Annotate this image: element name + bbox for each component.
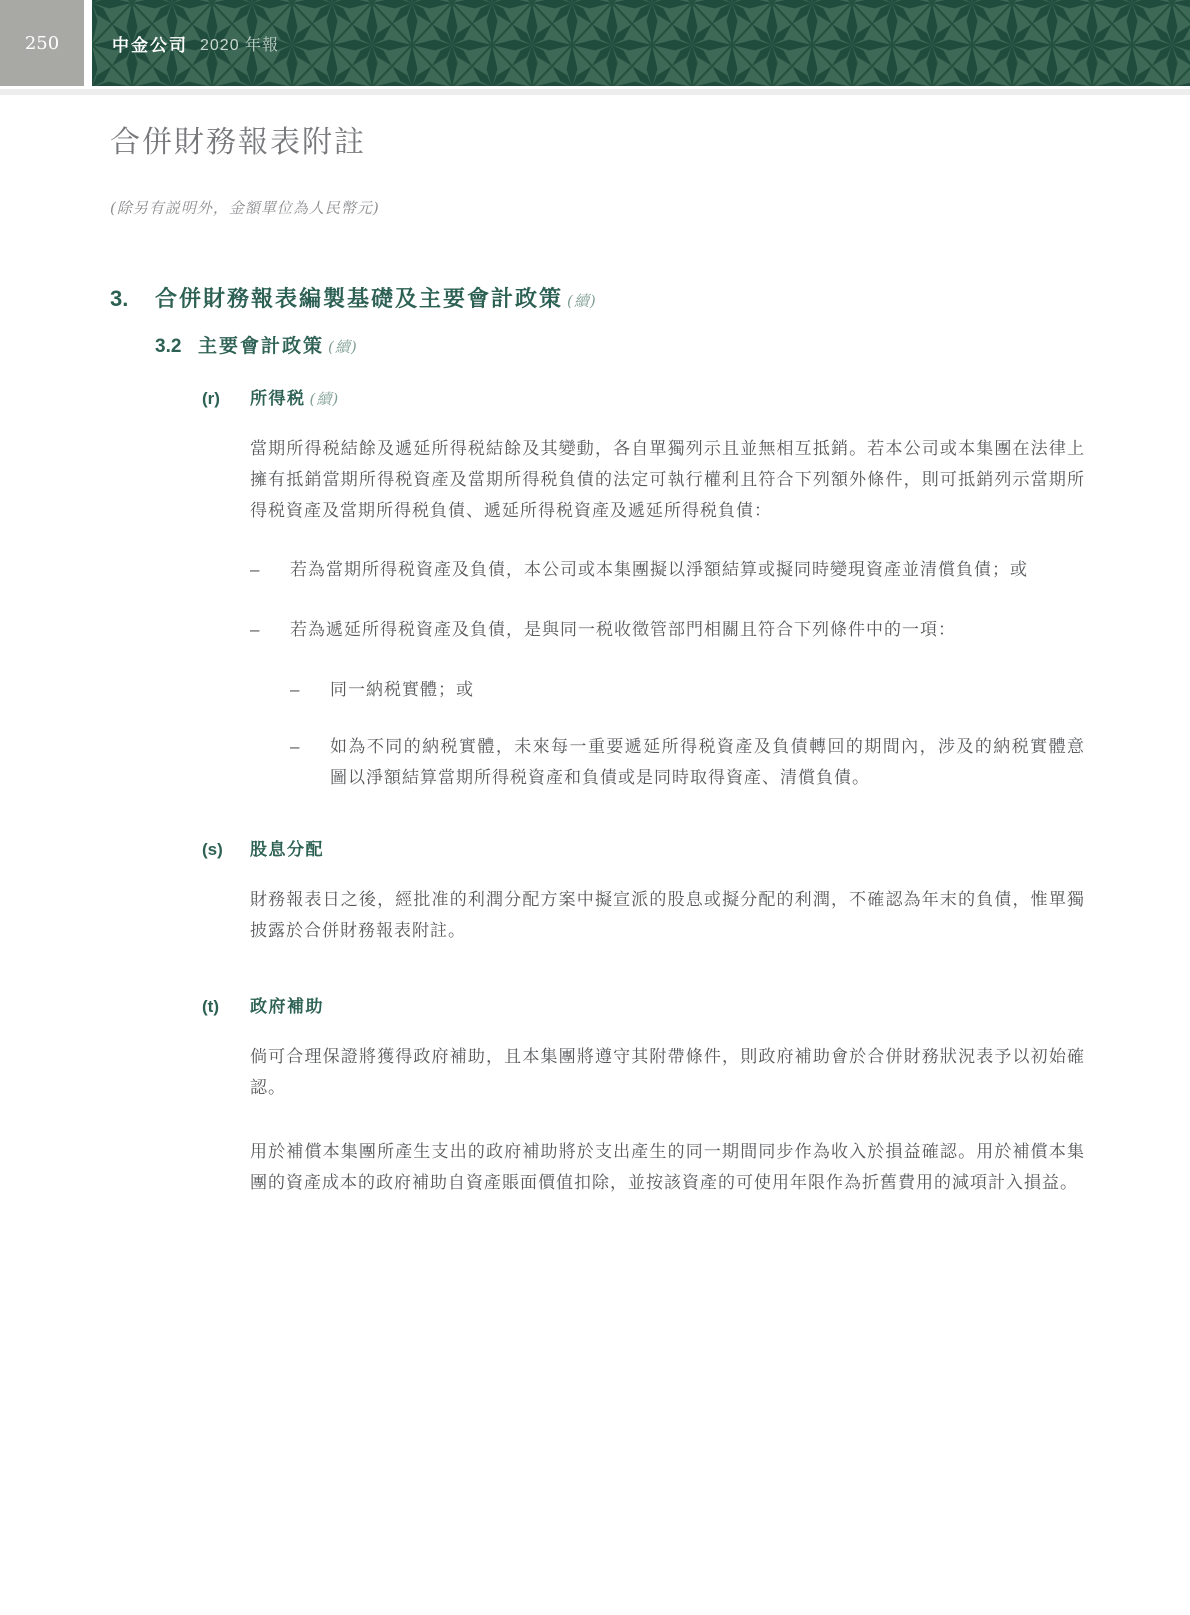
header-divider — [0, 89, 1190, 95]
item-title-text: 所得税 — [250, 389, 306, 408]
report-page: 250 — [0, 0, 1190, 1615]
bullet-dash: – — [250, 554, 290, 585]
subsection-number: 3.2 — [155, 336, 198, 358]
brand-block: 中金公司 2020 年報 — [112, 0, 279, 86]
bullet-text: 同一納税實體；或 — [330, 674, 1085, 705]
bullet-item: – 若為當期所得税資產及負債，本公司或本集團擬以淨額結算或擬同時變現資產並清償負… — [250, 554, 1085, 585]
paragraph: 當期所得税結餘及遞延所得税結餘及其變動，各自單獨列示且並無相互抵銷。若本公司或本… — [250, 433, 1085, 526]
section-number: 3. — [110, 286, 155, 312]
section-title-text: 合併財務報表編製基礎及主要會計政策 — [155, 286, 563, 311]
paragraph: 用於補償本集團所產生支出的政府補助將於支出產生的同一期間同步作為收入於損益確認。… — [250, 1136, 1085, 1198]
edition-label: 2020 年報 — [200, 32, 279, 55]
subsection-title-text: 主要會計政策 — [198, 336, 324, 357]
paragraph: 財務報表日之後，經批准的利潤分配方案中擬宣派的股息或擬分配的利潤，不確認為年末的… — [250, 884, 1085, 946]
page-number-box: 250 — [0, 0, 84, 86]
paragraph: 倘可合理保證將獲得政府補助，且本集團將遵守其附帶條件，則政府補助會於合併財務狀況… — [250, 1041, 1085, 1103]
bullet-text: 如為不同的納税實體，未來每一重要遞延所得税資產及負債轉回的期間內，涉及的納税實體… — [330, 731, 1085, 793]
continued-mark: (續) — [310, 390, 340, 408]
unit-note: (除另有説明外，金額單位為人民幣元) — [110, 197, 1190, 218]
bullet-dash: – — [290, 731, 330, 793]
item-title: 政府補助 — [250, 992, 324, 1017]
subsection-heading-3-2: 3.2 主要會計政策(續) — [155, 331, 1190, 358]
item-title: 所得税(續) — [250, 384, 339, 409]
sub-bullet-item: – 同一納税實體；或 — [290, 674, 1085, 705]
section-heading-3: 3. 合併財務報表編製基礎及主要會計政策(續) — [110, 282, 1190, 313]
section-title: 合併財務報表編製基礎及主要會計政策(續) — [155, 282, 597, 313]
sub-bullet-item: – 如為不同的納税實體，未來每一重要遞延所得税資產及負債轉回的期間內，涉及的納税… — [290, 731, 1085, 793]
continued-mark: (續) — [567, 292, 597, 310]
document-content: 合併財務報表附註 (除另有説明外，金額單位為人民幣元) 3. 合併財務報表編製基… — [0, 117, 1190, 1198]
item-label: (r) — [202, 389, 250, 409]
subsection-title: 主要會計政策(續) — [198, 331, 358, 358]
document-title: 合併財務報表附註 — [110, 117, 1190, 161]
item-heading-t: (t) 政府補助 — [202, 992, 1190, 1017]
item-title-text: 政府補助 — [250, 997, 324, 1016]
page-number: 250 — [25, 33, 59, 54]
bullet-text: 若為遞延所得税資產及負債，是與同一税收徵管部門相關且符合下列條件中的一項： — [290, 614, 1085, 645]
header-bar: 中金公司 2020 年報 — [92, 0, 1190, 86]
brand-name: 中金公司 — [112, 31, 188, 56]
item-label: (t) — [202, 997, 250, 1017]
page-header: 250 — [0, 0, 1190, 95]
item-heading-r: (r) 所得税(續) — [202, 384, 1190, 409]
item-heading-s: (s) 股息分配 — [202, 835, 1190, 860]
bullet-item: – 若為遞延所得税資產及負債，是與同一税收徵管部門相關且符合下列條件中的一項： — [250, 614, 1085, 645]
item-label: (s) — [202, 840, 250, 860]
bullet-dash: – — [250, 614, 290, 645]
bullet-dash: – — [290, 674, 330, 705]
item-title: 股息分配 — [250, 835, 324, 860]
item-title-text: 股息分配 — [250, 840, 324, 859]
continued-mark: (續) — [328, 338, 358, 356]
bullet-text: 若為當期所得税資產及負債，本公司或本集團擬以淨額結算或擬同時變現資產並清償負債；… — [290, 554, 1085, 585]
